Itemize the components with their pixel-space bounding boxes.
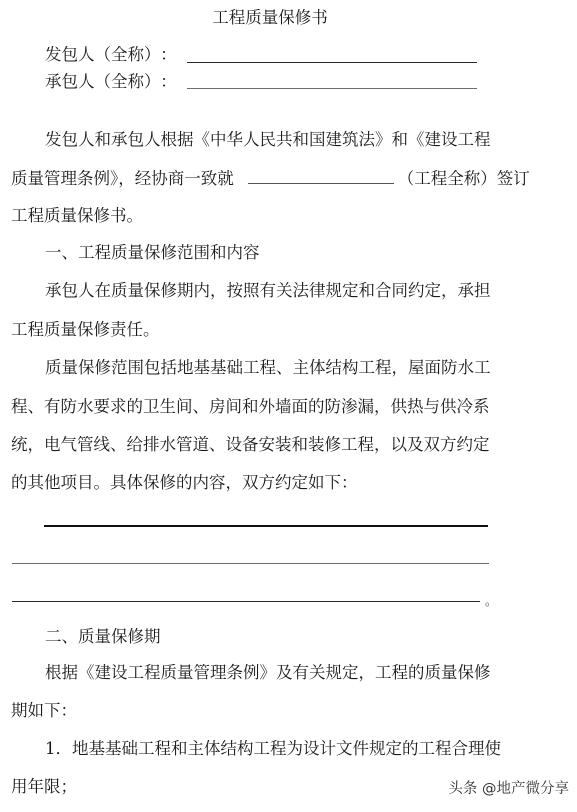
section-1-para-2-line-4: 的其他项目。具体保修的内容，双方约定如下： xyxy=(11,473,358,493)
section-2-item-1-line-1: 1．地基基础工程和主体结构工程为设计文件规定的工程合理使 xyxy=(45,739,501,759)
employer-name-field[interactable] xyxy=(187,62,477,63)
contractor-name-field[interactable] xyxy=(187,88,477,89)
project-name-field[interactable] xyxy=(248,169,394,184)
section-1-para-1-line-2: 工程质量保修责任。 xyxy=(11,320,160,340)
employer-label: 发包人（全称）： xyxy=(45,45,177,65)
contractor-label: 承包人（全称）： xyxy=(45,72,177,92)
intro-line-1: 发包人和承包人根据《中华人民共和国建筑法》和《建设工程 xyxy=(45,130,491,150)
document-title: 工程质量保修书 xyxy=(0,8,540,28)
watermark: 头条 @地产微分享 xyxy=(448,777,569,798)
section-1-para-2-line-2: 程、有防水要求的卫生间、房间和外墙面的防渗漏，供热与供冷系 xyxy=(11,397,490,417)
warranty-content-line-2[interactable] xyxy=(12,563,489,564)
section-2-item-1-line-2: 用年限； xyxy=(11,777,77,797)
section-2-para-1-line-1: 根据《建设工程质量管理条例》及有关规定，工程的质量保修 xyxy=(45,663,491,683)
intro-line-3: 工程质量保修书。 xyxy=(11,206,143,226)
section-1-heading: 一、工程质量保修范围和内容 xyxy=(45,243,260,263)
warranty-content-line-1[interactable] xyxy=(44,525,488,527)
intro-line-2: 质量管理条例》，经协商一致就（工程全称）签订 xyxy=(11,169,530,189)
section-1-para-1-line-1: 承包人在质量保修期内，按照有关法律规定和合同约定，承担 xyxy=(45,281,491,301)
content-end-period: 。 xyxy=(485,592,497,609)
section-2-heading: 二、质量保修期 xyxy=(45,627,161,647)
section-2-para-1-line-2: 期如下： xyxy=(11,701,77,721)
section-1-para-2-line-1: 质量保修范围包括地基基础工程、主体结构工程，屋面防水工 xyxy=(45,358,491,378)
warranty-content-line-3[interactable] xyxy=(12,601,480,602)
section-1-para-2-line-3: 统，电气管线、给排水管道、设备安装和装修工程，以及双方约定 xyxy=(11,435,490,455)
